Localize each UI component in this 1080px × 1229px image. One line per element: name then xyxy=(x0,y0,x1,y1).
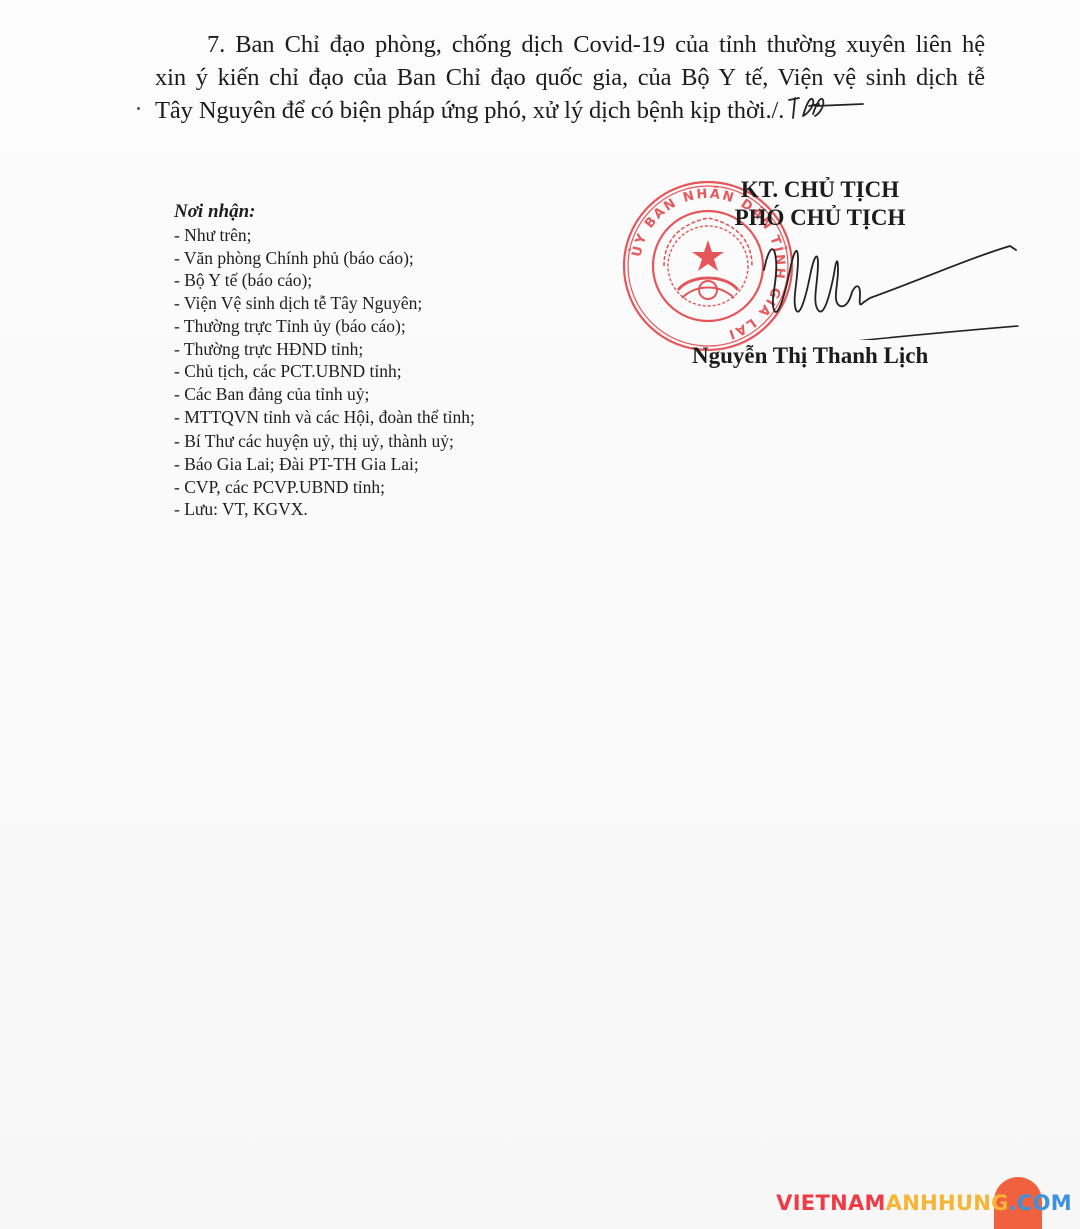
recipient-item: - Báo Gia Lai; Đài PT-TH Gia Lai; xyxy=(174,453,475,476)
handwritten-signature-icon xyxy=(760,230,1020,340)
recipient-item: - Chủ tịch, các PCT.UBND tỉnh; xyxy=(174,360,475,383)
signature-block: ỦY BAN NHÂN DÂN TỈNH GIA LAI KT. CHỦ TỊC… xyxy=(620,170,1040,390)
recipient-item: - Viện Vệ sinh dịch tễ Tây Nguyên; xyxy=(174,292,475,315)
recipient-item: - Văn phòng Chính phủ (báo cáo); xyxy=(174,247,475,270)
document-page: 7. Ban Chỉ đạo phòng, chống dịch Covid-1… xyxy=(0,0,1080,1229)
paragraph-line: xin ý kiến chỉ đạo của Ban Chỉ đạo quốc … xyxy=(155,61,985,94)
signer-name: Nguyễn Thị Thanh Lịch xyxy=(692,342,928,370)
recipient-item: - Các Ban đảng của tỉnh uỷ; xyxy=(174,383,475,406)
recipient-item: - Bí Thư các huyện uỷ, thị uỷ, thành uỷ; xyxy=(174,430,475,453)
paragraph-line: 7. Ban Chỉ đạo phòng, chống dịch Covid-1… xyxy=(155,28,985,61)
watermark-part-2: ANHHUNG xyxy=(886,1191,1009,1215)
recipients-list: Nơi nhận: - Như trên; - Văn phòng Chính … xyxy=(174,200,475,521)
recipient-item: - Thường trực HĐND tỉnh; xyxy=(174,338,475,361)
recipient-item: - Lưu: VT, KGVX. xyxy=(174,498,475,521)
recipients-heading: Nơi nhận: xyxy=(174,200,475,224)
watermark-part-1: VIETNAM xyxy=(776,1191,886,1215)
initials-mark-icon xyxy=(785,92,865,122)
margin-dot xyxy=(137,107,140,110)
sign-title-line-2: PHÓ CHỦ TỊCH xyxy=(720,204,920,232)
recipient-item: - Thường trực Tỉnh ủy (báo cáo); xyxy=(174,315,475,338)
site-watermark: VIETNAM ANHHUNG .COM xyxy=(776,1183,1072,1223)
recipient-item: - CVP, các PCVP.UBND tỉnh; xyxy=(174,476,475,499)
recipient-item: - MTTQVN tỉnh và các Hội, đoàn thể tỉnh; xyxy=(174,406,475,429)
recipient-item: - Như trên; xyxy=(174,224,475,247)
recipient-item: - Bộ Y tế (báo cáo); xyxy=(174,269,475,292)
sign-title-line-1: KT. CHỦ TỊCH xyxy=(720,176,920,204)
watermark-part-3: .COM xyxy=(1009,1191,1072,1215)
